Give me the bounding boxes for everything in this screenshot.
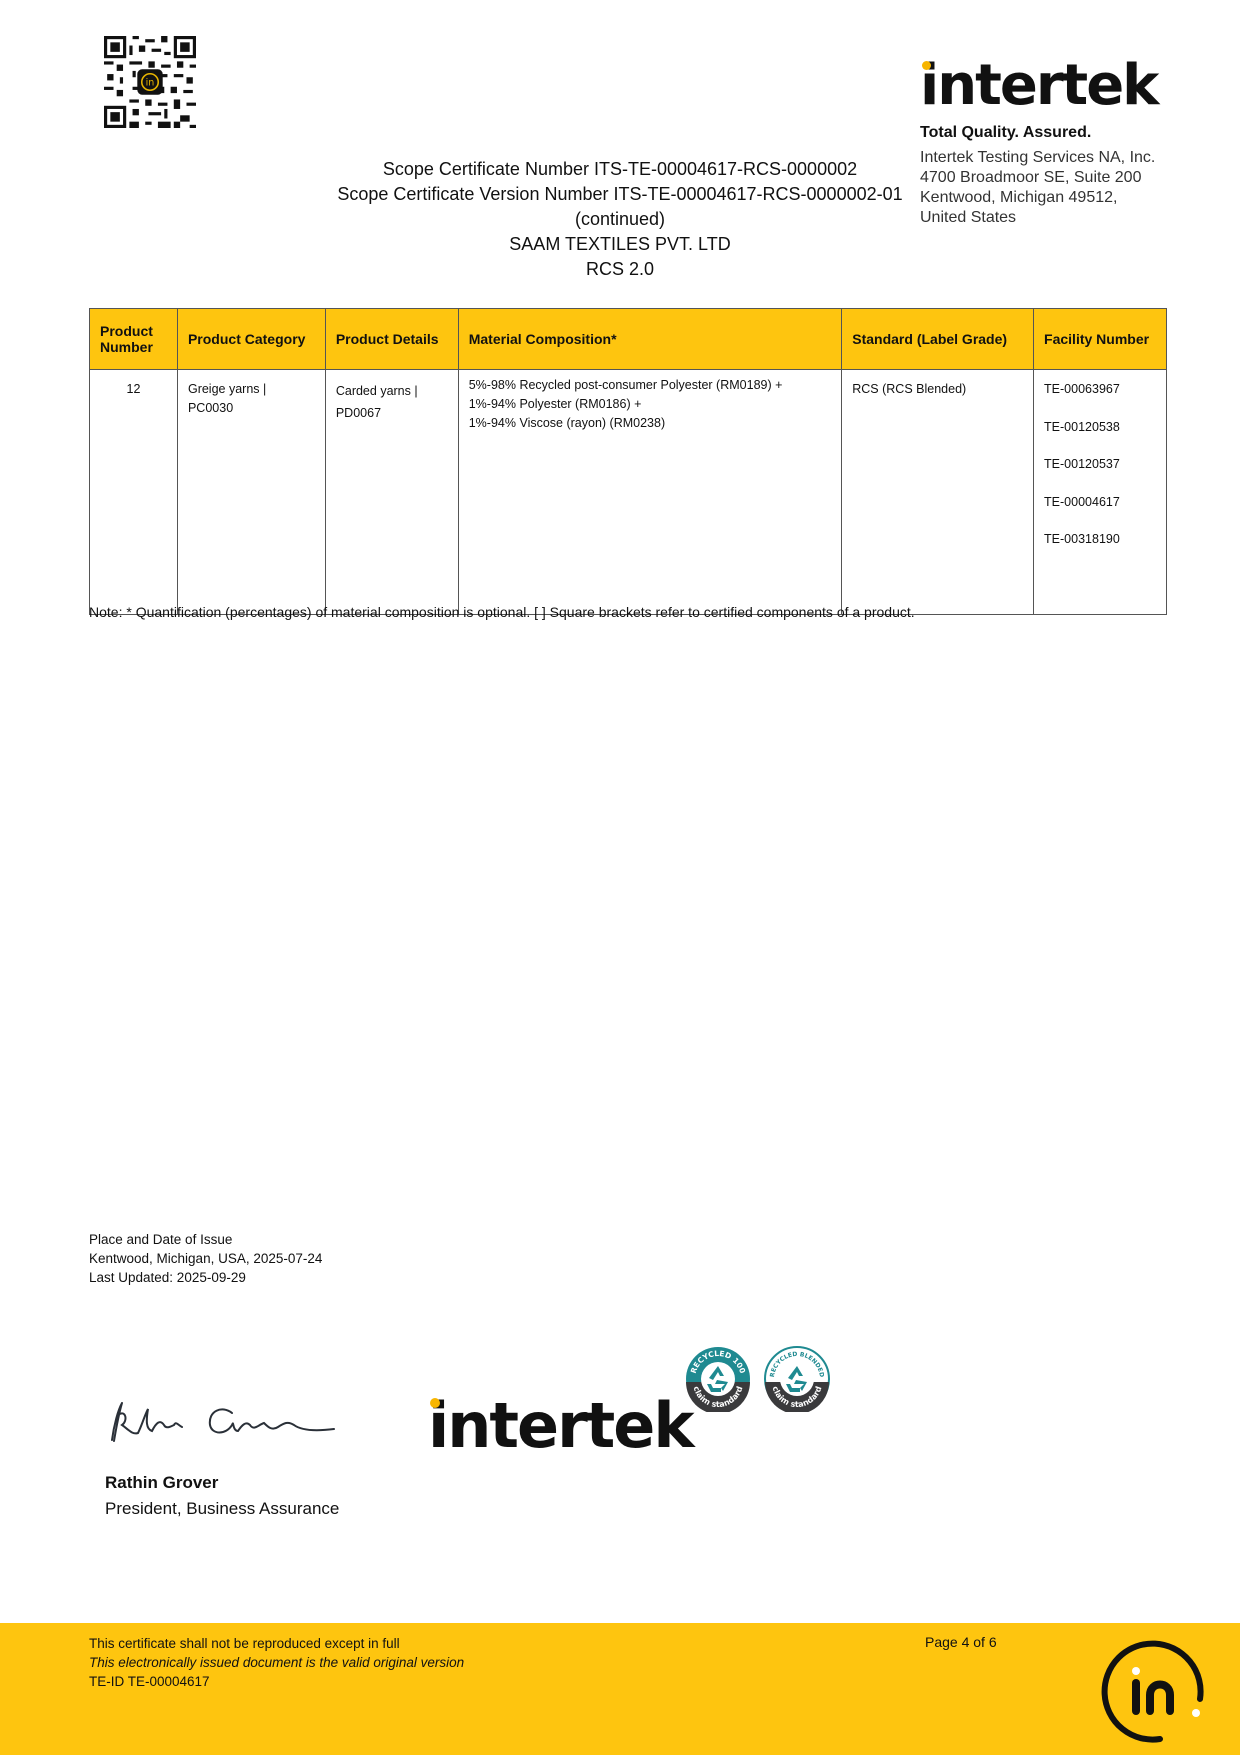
facility-number: TE-00318190: [1044, 530, 1156, 549]
page-number: Page 4 of 6: [925, 1634, 997, 1650]
company-brand-block: intertek Total Quality. Assured. Interte…: [920, 58, 1180, 228]
footer-te-id: TE-ID TE-00004617: [89, 1672, 464, 1691]
column-header-facility-number: Facility Number: [1034, 309, 1167, 370]
intertek-in-mark-icon: [1100, 1639, 1206, 1745]
intertek-logo: intertek: [920, 58, 1157, 114]
address-line: Kentwood, Michigan 49512,: [920, 188, 1180, 208]
logo-wordmark: intertek: [428, 1395, 693, 1457]
standard-name: RCS 2.0: [300, 257, 940, 282]
continued-label: (continued): [300, 207, 940, 232]
column-header-product-category: Product Category: [177, 309, 325, 370]
facility-number: TE-00063967: [1044, 380, 1156, 399]
column-header-material-composition: Material Composition*: [458, 309, 842, 370]
facility-number: TE-00120538: [1044, 418, 1156, 437]
signatory-title: President, Business Assurance: [105, 1496, 339, 1522]
certificate-header: Scope Certificate Number ITS-TE-00004617…: [300, 157, 940, 282]
company-address: Intertek Testing Services NA, Inc. 4700 …: [920, 148, 1180, 228]
table-row: 12 Greige yarns | PC0030 Carded yarns | …: [90, 370, 1167, 615]
signatory-name: Rathin Grover: [105, 1470, 339, 1496]
logo-text: intertek: [428, 1389, 693, 1462]
tagline: Total Quality. Assured.: [920, 124, 1180, 142]
address-line: Intertek Testing Services NA, Inc.: [920, 148, 1180, 168]
qr-code-icon: in: [104, 36, 196, 128]
scope-certificate-version-number: Scope Certificate Version Number ITS-TE-…: [300, 182, 940, 207]
footer-reproduction-notice: This certificate shall not be reproduced…: [89, 1634, 464, 1653]
issue-label: Place and Date of Issue: [89, 1230, 322, 1249]
cell-material-composition: 5%-98% Recycled post-consumer Polyester …: [458, 370, 842, 615]
cell-product-number: 12: [90, 370, 178, 615]
cell-facility-numbers: TE-00063967 TE-00120538 TE-00120537 TE-0…: [1034, 370, 1167, 615]
scope-certificate-number: Scope Certificate Number ITS-TE-00004617…: [300, 157, 940, 182]
page-footer: This certificate shall not be reproduced…: [0, 1623, 1240, 1755]
address-line: 4700 Broadmoor SE, Suite 200: [920, 168, 1180, 188]
column-header-standard: Standard (Label Grade): [842, 309, 1034, 370]
logo-dot-icon: [922, 61, 931, 70]
table-note: Note: * Quantification (percentages) of …: [89, 604, 915, 620]
svg-text:in: in: [146, 77, 155, 88]
cell-standard: RCS (RCS Blended): [842, 370, 1034, 615]
issue-info: Place and Date of Issue Kentwood, Michig…: [89, 1230, 322, 1287]
column-header-product-number: Product Number: [90, 309, 178, 370]
footer-validity-notice: This electronically issued document is t…: [89, 1653, 464, 1672]
composition-line: 5%-98% Recycled post-consumer Polyester …: [469, 376, 832, 395]
footer-legal: This certificate shall not be reproduced…: [89, 1634, 464, 1691]
composition-line: 1%-94% Viscose (rayon) (RM0238): [469, 414, 832, 433]
company-name: SAAM TEXTILES PVT. LTD: [300, 232, 940, 257]
recycled-blended-badge-icon: RECYCLED BLENDED claim standard: [764, 1346, 830, 1412]
signatory: Rathin Grover President, Business Assura…: [105, 1470, 339, 1522]
issue-place-date: Kentwood, Michigan, USA, 2025-07-24: [89, 1249, 322, 1268]
logo-dot-icon: [430, 1398, 440, 1408]
facility-number: TE-00004617: [1044, 493, 1156, 512]
signature-image: [104, 1395, 344, 1445]
column-header-product-details: Product Details: [325, 309, 458, 370]
cell-product-category: Greige yarns | PC0030: [177, 370, 325, 615]
products-table: Product Number Product Category Product …: [89, 308, 1167, 615]
facility-number: TE-00120537: [1044, 455, 1156, 474]
last-updated: Last Updated: 2025-09-29: [89, 1268, 322, 1287]
table-header-row: Product Number Product Category Product …: [90, 309, 1167, 370]
composition-line: 1%-94% Polyester (RM0186) +: [469, 395, 832, 414]
address-line: United States: [920, 208, 1180, 228]
intertek-logo-center: intertek: [428, 1395, 693, 1457]
recycled-100-badge-icon: RECYCLED 100 claim standard: [685, 1346, 751, 1412]
cell-product-details: Carded yarns | PD0067: [325, 370, 458, 615]
logo-text: intertek: [920, 53, 1157, 118]
